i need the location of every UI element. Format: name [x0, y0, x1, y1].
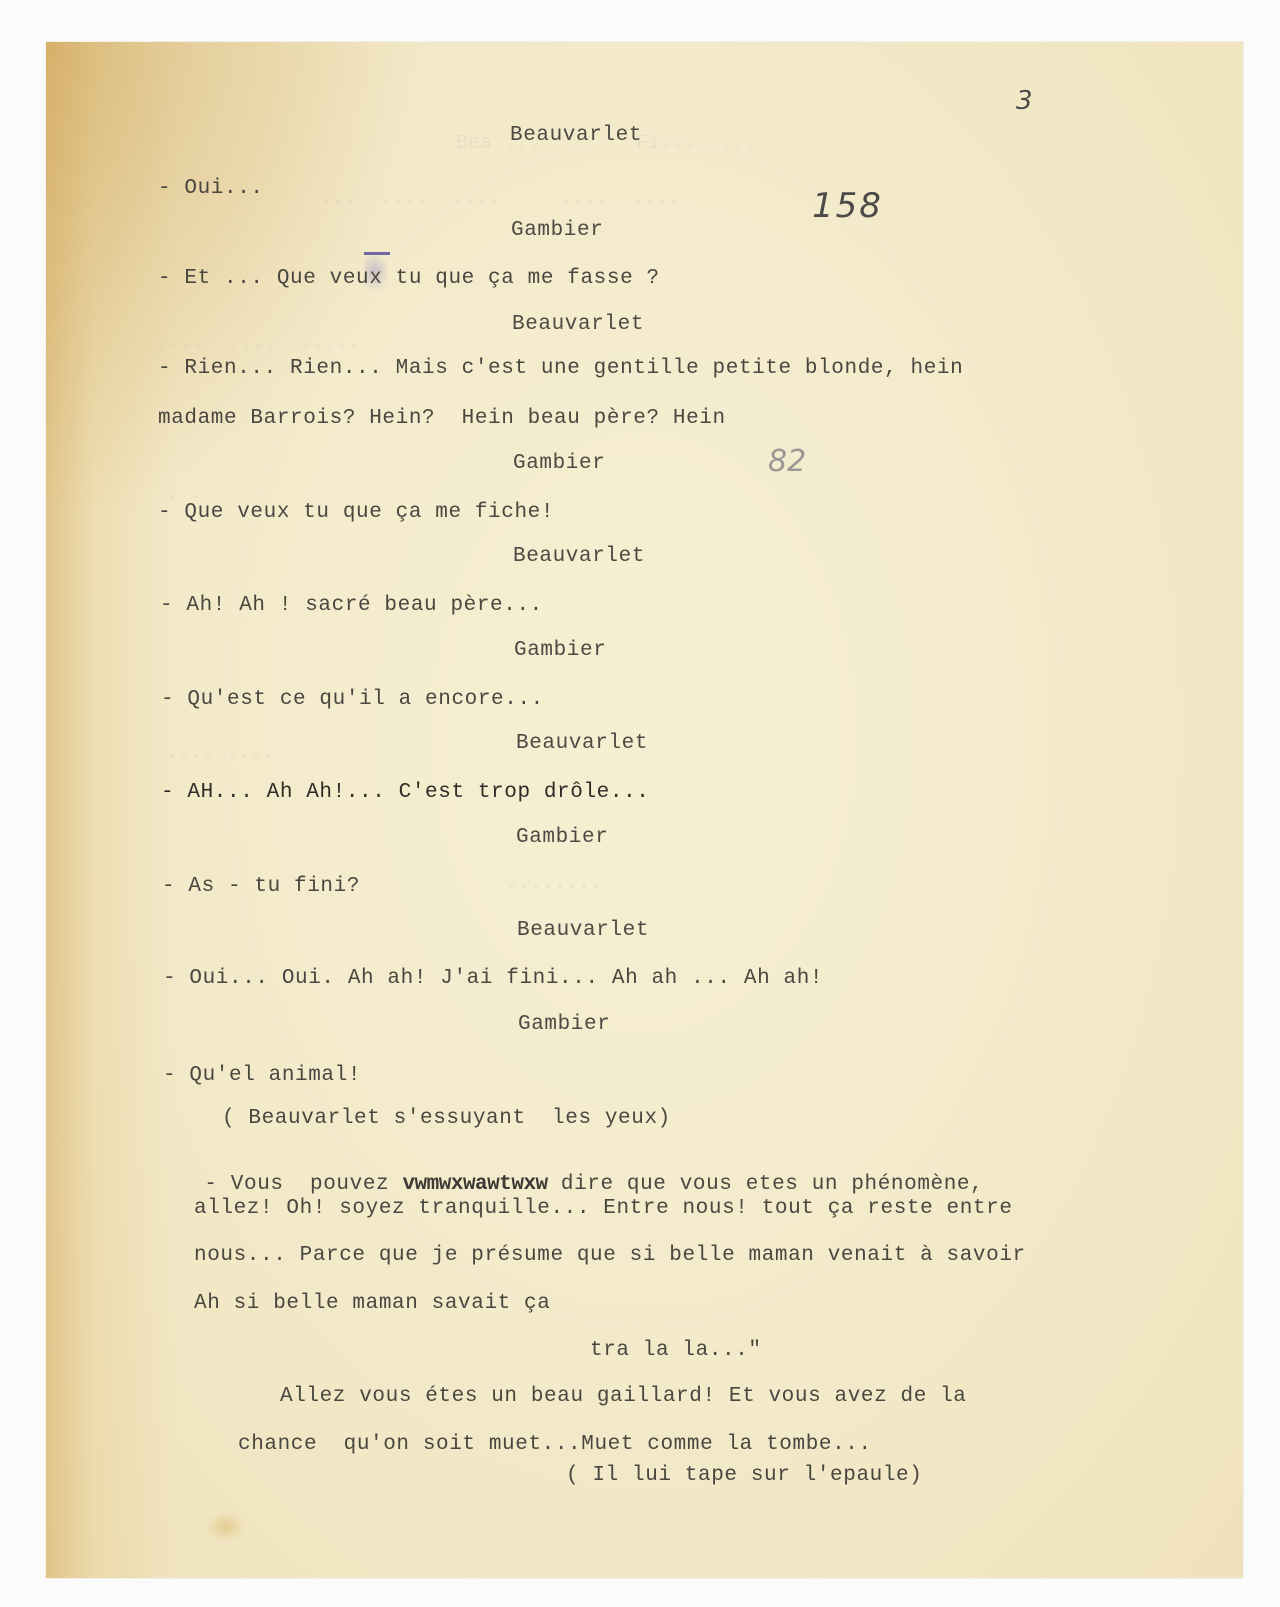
bleed-through-text: ........: [506, 872, 602, 895]
dialogue-line: chance qu'on soit muet...Muet comme la t…: [238, 1434, 872, 1455]
dialogue-line: - Et ... Que veux tu que ça me fasse ?: [158, 268, 660, 289]
dialogue-line: Ah si belle maman savait ça: [194, 1293, 550, 1314]
dialogue-line: Allez vous étes un beau gaillard! Et vou…: [280, 1386, 967, 1407]
speaker-name: Gambier: [514, 640, 606, 661]
dialogue-line: madame Barrois? Hein? Hein beau père? He…: [158, 408, 726, 429]
bleed-through-text: ... .... .... .... ....: [296, 187, 680, 210]
dialogue-line: - Que veux tu que ça me fiche!: [158, 502, 554, 523]
dialogue-line: - Vous pouvez vwmwxwawtwxw dire que vous…: [178, 1153, 983, 1195]
dialogue-line: allez! Oh! soyez tranquille... Entre nou…: [194, 1198, 1013, 1219]
speaker-name: Beauvarlet: [516, 733, 648, 754]
dialogue-text: - Vous pouvez: [204, 1173, 402, 1196]
speaker-name: Gambier: [511, 220, 603, 241]
struck-out-text: vwmwxwawtwxw: [402, 1173, 547, 1196]
dialogue-line: nous... Parce que je présume que si bell…: [194, 1245, 1026, 1266]
dialogue-line: - Oui... Oui. Ah ah! J'ai fini... Ah ah …: [163, 968, 823, 989]
folio-annotation: 158: [812, 186, 883, 226]
speaker-name: Beauvarlet: [512, 314, 644, 335]
speaker-name: Gambier: [518, 1014, 610, 1035]
bleed-through-text: .... ....: [166, 742, 274, 765]
dialogue-line: - Ah! Ah ! sacré beau père...: [160, 595, 543, 616]
speaker-name: Beauvarlet: [517, 920, 649, 941]
dialogue-line: - Qu'est ce qu'il a encore...: [161, 689, 544, 710]
speaker-name: Beauvarlet: [510, 125, 642, 146]
dialogue-line: - Rien... Rien... Mais c'est une gentill…: [158, 358, 963, 379]
pencil-annotation: 82: [768, 444, 806, 479]
stage-direction: ( Beauvarlet s'essuyant les yeux): [222, 1108, 671, 1129]
page-number: 3: [1016, 86, 1033, 116]
speaker-name: Beauvarlet: [513, 546, 645, 567]
stage-direction: ( Il lui tape sur l'epaule): [566, 1465, 922, 1486]
dialogue-text: dire que vous etes un phénomène,: [548, 1173, 984, 1196]
bleed-through-text: .... .... .....: [156, 332, 360, 355]
speaker-name: Gambier: [513, 453, 605, 474]
dialogue-line: - As - tu fini?: [162, 876, 360, 897]
dialogue-line: - AH... Ah Ah!... C'est trop drôle...: [161, 782, 649, 803]
dialogue-line: - Qu'el animal!: [163, 1065, 361, 1086]
song-line: tra la la...": [590, 1340, 762, 1361]
dialogue-line: - Oui...: [158, 178, 264, 199]
speaker-name: Gambier: [516, 827, 608, 848]
